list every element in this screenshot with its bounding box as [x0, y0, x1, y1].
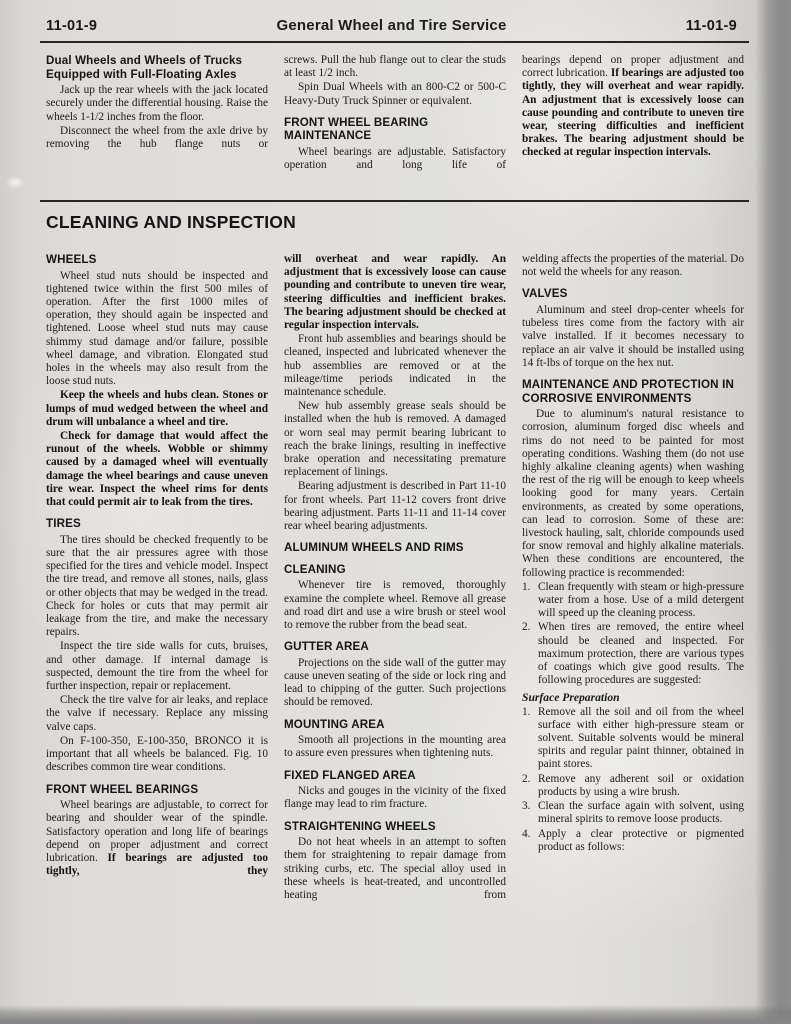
paragraph: Aluminum and steel drop-center wheels fo… [522, 304, 744, 370]
paragraph: Check the tire valve for air leaks, and … [46, 694, 268, 734]
paragraph: Disconnect the wheel from the axle drive… [46, 125, 268, 151]
subsection-heading: STRAIGHTENING WHEELS [284, 820, 506, 834]
subsection-heading: GUTTER AREA [284, 640, 506, 654]
bold-text-run: If bearings are adjusted too tightly, th… [522, 67, 744, 158]
list-item-text: Clean the surface again with solvent, us… [538, 800, 744, 826]
paragraph: Due to aluminum's natural resistance to … [522, 408, 744, 580]
subsection-heading: FIXED FLANGED AREA [284, 769, 506, 783]
paragraph: Bearing adjustment is described in Part … [284, 480, 506, 533]
numbered-list-item: 3.Clean the surface again with solvent, … [522, 800, 744, 826]
italic-subheading: Surface Preparation [522, 691, 744, 704]
paragraph: Whenever tire is removed, thoroughly exa… [284, 579, 506, 632]
list-number: 1. [522, 581, 538, 621]
list-number: 1. [522, 706, 538, 772]
scanned-page: 11-01-9 General Wheel and Tire Service 1… [0, 0, 791, 1024]
section-title: CLEANING AND INSPECTION [46, 212, 791, 233]
subsection-heading: VALVES [522, 287, 744, 301]
paragraph: Jack up the rear wheels with the jack lo… [46, 84, 268, 124]
numbered-list-item: 2.Remove any adherent soil or oxidation … [522, 773, 744, 799]
paragraph: Wheel bearings are adjustable, to correc… [46, 799, 268, 878]
list-number: 2. [522, 621, 538, 687]
paragraph: bearings depend on proper adjustment and… [522, 54, 744, 160]
numbered-list-item: 2.When tires are removed, the entire whe… [522, 621, 744, 687]
list-item-text: Clean frequently with steam or high-pres… [538, 581, 744, 621]
list-number: 4. [522, 828, 538, 854]
subsection-heading: FRONT WHEEL BEARINGS [46, 783, 268, 797]
subsection-heading: FRONT WHEEL BEARING MAINTENANCE [284, 116, 506, 143]
list-item-text: Apply a clear protective or pigmented pr… [538, 828, 744, 854]
intro-column-1: Dual Wheels and Wheels of Trucks Equippe… [46, 54, 268, 189]
paragraph: will overheat and wear rapidly. An adjus… [284, 253, 506, 332]
paragraph: welding affects the properties of the ma… [522, 253, 744, 279]
bold-text-run: Check for damage that would affect the r… [46, 430, 268, 508]
section-divider-rule [40, 200, 749, 202]
list-number: 2. [522, 773, 538, 799]
paragraph: Check for damage that would affect the r… [46, 430, 268, 509]
page-number-left: 11-01-9 [46, 18, 97, 34]
paragraph: Spin Dual Wheels with an 800-C2 or 500-C… [284, 81, 506, 107]
subsection-heading: ALUMINUM WHEELS AND RIMS [284, 541, 506, 555]
intro-column-2: screws. Pull the hub flange out to clear… [284, 54, 506, 189]
cleaning-inspection-section: WHEELSWheel stud nuts should be inspecte… [0, 241, 791, 903]
page-number-right: 11-01-9 [686, 18, 737, 34]
scan-blemish [6, 176, 24, 189]
paragraph: On F-100-350, E-100-350, BRONCO it is im… [46, 735, 268, 775]
manual-page: 11-01-9 General Wheel and Tire Service 1… [0, 0, 791, 1024]
main-column-1: WHEELSWheel stud nuts should be inspecte… [46, 253, 268, 903]
paragraph: Wheel stud nuts should be inspected and … [46, 270, 268, 389]
list-item-text: Remove any adherent soil or oxidation pr… [538, 773, 744, 799]
bold-text-run: If bearings are adjusted too tightly, th… [46, 852, 268, 877]
page-title: General Wheel and Tire Service [277, 17, 507, 34]
subsection-heading: CLEANING [284, 563, 506, 577]
paragraph: Keep the wheels and hubs clean. Stones o… [46, 389, 268, 429]
subsection-heading: WHEELS [46, 253, 268, 267]
paragraph: Smooth all projections in the mounting a… [284, 734, 506, 760]
main-column-2: will overheat and wear rapidly. An adjus… [284, 253, 506, 903]
numbered-list-item: 4.Apply a clear protective or pigmented … [522, 828, 744, 854]
bold-text-run: Keep the wheels and hubs clean. Stones o… [46, 389, 268, 427]
list-number: 3. [522, 800, 538, 826]
paragraph: Do not heat wheels in an attempt to soft… [284, 836, 506, 902]
main-column-3: welding affects the properties of the ma… [522, 253, 744, 903]
paragraph: Wheel bearings are adjustable. Satisfact… [284, 146, 506, 172]
paragraph: Nicks and gouges in the vicinity of the … [284, 785, 506, 811]
subsection-heading: MAINTENANCE AND PROTECTION IN CORROSIVE … [522, 378, 744, 405]
subsection-heading: Dual Wheels and Wheels of Trucks Equippe… [46, 54, 268, 81]
numbered-list-item: 1.Clean frequently with steam or high-pr… [522, 581, 744, 621]
list-item-text: When tires are removed, the entire wheel… [538, 621, 744, 687]
paragraph: New hub assembly grease seals should be … [284, 400, 506, 479]
subsection-heading: TIRES [46, 517, 268, 531]
paragraph: Inspect the tire side walls for cuts, br… [46, 640, 268, 693]
subsection-heading: MOUNTING AREA [284, 718, 506, 732]
paragraph: Projections on the side wall of the gutt… [284, 657, 506, 710]
paragraph: Front hub assemblies and bearings should… [284, 333, 506, 399]
paragraph: screws. Pull the hub flange out to clear… [284, 54, 506, 80]
page-header: 11-01-9 General Wheel and Tire Service 1… [0, 0, 791, 34]
list-item-text: Remove all the soil and oil from the whe… [538, 706, 744, 772]
intro-column-3: bearings depend on proper adjustment and… [522, 54, 744, 189]
bold-text-run: will overheat and wear rapidly. An adjus… [284, 253, 506, 331]
paragraph: The tires should be checked frequently t… [46, 534, 268, 640]
intro-section: Dual Wheels and Wheels of Trucks Equippe… [0, 43, 791, 189]
numbered-list-item: 1.Remove all the soil and oil from the w… [522, 706, 744, 772]
